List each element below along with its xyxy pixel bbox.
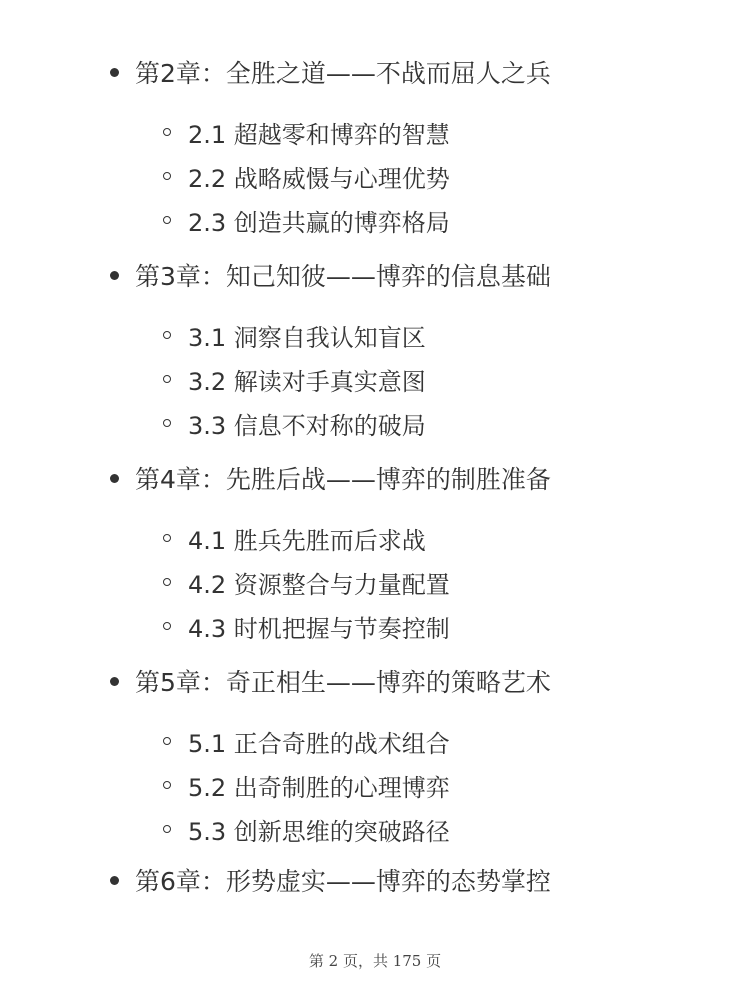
bullet-disc-icon bbox=[110, 68, 119, 77]
section-title: 5.1 正合奇胜的战术组合 bbox=[188, 724, 450, 759]
bullet-circle-icon bbox=[163, 578, 171, 586]
section-item: 5.1 正合奇胜的战术组合 bbox=[163, 719, 450, 763]
section-title: 4.2 资源整合与力量配置 bbox=[188, 565, 450, 600]
bullet-circle-icon bbox=[163, 534, 171, 542]
bullet-circle-icon bbox=[163, 737, 171, 745]
section-item: 3.1 洞察自我认知盲区 bbox=[163, 313, 426, 357]
chapter-title: 第6章：形势虚实——博弈的态势掌控 bbox=[135, 862, 551, 898]
chapter-heading: 第5章：奇正相生——博弈的策略艺术 bbox=[110, 663, 551, 699]
page-indicator: 第 2 页，共 175 页 bbox=[0, 950, 750, 971]
bullet-circle-icon bbox=[163, 825, 171, 833]
chapter-3: 第3章：知己知彼——博弈的信息基础 3.1 洞察自我认知盲区 3.2 解读对手真… bbox=[0, 253, 750, 456]
bullet-circle-icon bbox=[163, 375, 171, 383]
bullet-circle-icon bbox=[163, 128, 171, 136]
chapter-heading: 第4章：先胜后战——博弈的制胜准备 bbox=[110, 460, 551, 496]
section-item: 4.2 资源整合与力量配置 bbox=[163, 560, 450, 604]
chapter-title: 第5章：奇正相生——博弈的策略艺术 bbox=[135, 663, 551, 699]
bullet-circle-icon bbox=[163, 622, 171, 630]
bullet-disc-icon bbox=[110, 271, 119, 280]
section-title: 3.1 洞察自我认知盲区 bbox=[188, 318, 426, 353]
chapter-2: 第2章：全胜之道——不战而屈人之兵 2.1 超越零和博弈的智慧 2.2 战略威慑… bbox=[0, 50, 750, 253]
section-list: 5.1 正合奇胜的战术组合 5.2 出奇制胜的心理博弈 5.3 创新思维的突破路… bbox=[163, 719, 450, 851]
section-title: 4.3 时机把握与节奏控制 bbox=[188, 609, 450, 644]
bullet-disc-icon bbox=[110, 677, 119, 686]
section-item: 4.1 胜兵先胜而后求战 bbox=[163, 516, 450, 560]
section-list: 2.1 超越零和博弈的智慧 2.2 战略威慑与心理优势 2.3 创造共赢的博弈格… bbox=[163, 110, 450, 242]
chapter-heading: 第2章：全胜之道——不战而屈人之兵 bbox=[110, 54, 551, 90]
section-item: 3.3 信息不对称的破局 bbox=[163, 401, 426, 445]
bullet-circle-icon bbox=[163, 331, 171, 339]
section-item: 5.2 出奇制胜的心理博弈 bbox=[163, 763, 450, 807]
section-item: 4.3 时机把握与节奏控制 bbox=[163, 604, 450, 648]
section-list: 4.1 胜兵先胜而后求战 4.2 资源整合与力量配置 4.3 时机把握与节奏控制 bbox=[163, 516, 450, 648]
chapter-title: 第2章：全胜之道——不战而屈人之兵 bbox=[135, 54, 551, 90]
section-item: 2.1 超越零和博弈的智慧 bbox=[163, 110, 450, 154]
bullet-circle-icon bbox=[163, 172, 171, 180]
section-title: 5.3 创新思维的突破路径 bbox=[188, 812, 450, 847]
chapter-heading: 第3章：知己知彼——博弈的信息基础 bbox=[110, 257, 551, 293]
section-item: 2.3 创造共赢的博弈格局 bbox=[163, 198, 450, 242]
section-item: 5.3 创新思维的突破路径 bbox=[163, 807, 450, 851]
bullet-disc-icon bbox=[110, 474, 119, 483]
chapter-4: 第4章：先胜后战——博弈的制胜准备 4.1 胜兵先胜而后求战 4.2 资源整合与… bbox=[0, 456, 750, 659]
section-title: 2.2 战略威慑与心理优势 bbox=[188, 159, 450, 194]
bullet-circle-icon bbox=[163, 419, 171, 427]
section-title: 2.1 超越零和博弈的智慧 bbox=[188, 115, 450, 150]
section-item: 3.2 解读对手真实意图 bbox=[163, 357, 426, 401]
bullet-circle-icon bbox=[163, 781, 171, 789]
chapter-5: 第5章：奇正相生——博弈的策略艺术 5.1 正合奇胜的战术组合 5.2 出奇制胜… bbox=[0, 659, 750, 862]
section-title: 4.1 胜兵先胜而后求战 bbox=[188, 521, 426, 556]
section-item: 2.2 战略威慑与心理优势 bbox=[163, 154, 450, 198]
table-of-contents: 第2章：全胜之道——不战而屈人之兵 2.1 超越零和博弈的智慧 2.2 战略威慑… bbox=[0, 50, 750, 862]
bullet-disc-icon bbox=[110, 876, 119, 885]
section-list: 3.1 洞察自我认知盲区 3.2 解读对手真实意图 3.3 信息不对称的破局 bbox=[163, 313, 426, 445]
section-title: 3.3 信息不对称的破局 bbox=[188, 406, 426, 441]
chapter-title: 第4章：先胜后战——博弈的制胜准备 bbox=[135, 460, 551, 496]
chapter-title: 第3章：知己知彼——博弈的信息基础 bbox=[135, 257, 551, 293]
chapter-6: 第6章：形势虚实——博弈的态势掌控 bbox=[110, 862, 551, 898]
section-title: 3.2 解读对手真实意图 bbox=[188, 362, 426, 397]
section-title: 2.3 创造共赢的博弈格局 bbox=[188, 203, 450, 238]
bullet-circle-icon bbox=[163, 216, 171, 224]
section-title: 5.2 出奇制胜的心理博弈 bbox=[188, 768, 450, 803]
